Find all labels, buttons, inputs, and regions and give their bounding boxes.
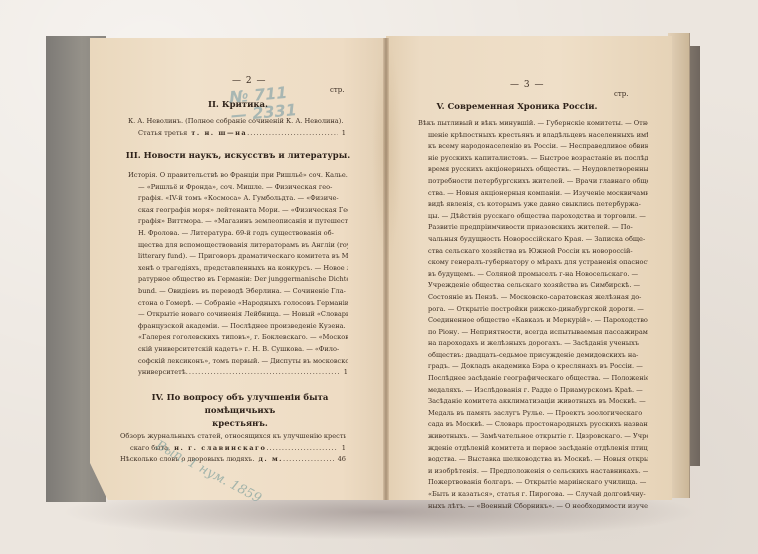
toc-line: потребности петербургскихъ жителей. — Вр…	[418, 176, 648, 188]
toc-line: скому генералъ-губернатору о мѣрахъ для …	[418, 257, 648, 269]
toc-line: К. А. Неволинъ. (Полное собраніе сочинен…	[128, 116, 346, 128]
toc-line: Исторія. О правительствѣ во Франціи при …	[128, 170, 348, 182]
toc-line: и изобрѣтенія. — Предположенія о сельски…	[418, 466, 648, 478]
toc-line: чальныя будущность Новороссійскаго Края.…	[418, 234, 648, 246]
toc-line: — «Ришльё и Фронда», соч. Мишле. — Физич…	[128, 182, 348, 194]
toc-line: градъ. — Докладъ академика Бэра о кресля…	[418, 361, 648, 373]
toc-line: litterary fund). — Приговоръ драматическ…	[128, 251, 348, 263]
toc-line: въ будущемъ. — Соляной промыселъ г-на Но…	[418, 269, 648, 281]
toc-entry[interactable]: Нѣсколько словъ о дворовыхъ людяхъ. д. м…	[120, 454, 346, 466]
toc-line: хенѣ о трагедіяхъ, представленныхъ на ко…	[128, 263, 348, 275]
toc-line: на пароходахъ и желѣзныхъ дорогахъ. — За…	[418, 338, 648, 350]
toc-line: французской академіи. — Послѣднее произв…	[128, 321, 348, 333]
entry-page: 46	[334, 454, 346, 466]
toc-line: bund. — Овидіевъ въ переводѣ Эберлина. —…	[128, 286, 348, 298]
toc-line: Обзоръ журнальныхъ статей, относящихся к…	[120, 431, 346, 443]
toc-line: по Ріону. — Неприятности, всегда испытыв…	[418, 327, 648, 339]
toc-line: Развитіе предпріимчивости приазовскихъ ж…	[418, 222, 648, 234]
toc-line: Н. Фролова. — Литература. 69-й годъ суще…	[128, 228, 348, 240]
entry-author: т. н. ш—на	[187, 128, 247, 140]
toc-line: ская географія моря» лейтенанта Мори. — …	[128, 205, 348, 217]
entry-page: 1	[340, 367, 348, 379]
entry-title: университетѣ	[138, 367, 186, 379]
toc-line: — Открытіе новаго сочиненія Лейбница. — …	[128, 309, 348, 321]
toc-line: графія. «IV-й томъ «Космоса» А. Гумбольд…	[128, 193, 348, 205]
toc-line: стона о Гомерѣ. — Собраніе «Народныхъ го…	[128, 298, 348, 310]
toc-entry[interactable]: университетѣ 1	[128, 367, 348, 379]
book-gutter	[383, 38, 389, 500]
entry-author: д. м.	[254, 454, 283, 466]
toc-line: Учрежденіе общества сельскаго хозяйства …	[418, 280, 648, 292]
toc-line: Засѣданіе комитета акклиматизаціи животн…	[418, 396, 648, 408]
toc-line: ства. — Новыя акціонерныя компаніи. — Из…	[418, 188, 648, 200]
leader-dots	[186, 367, 340, 379]
toc-line: къ всему народонаселенію въ Россіи. — Не…	[418, 141, 648, 153]
toc-line: софскій лексиконъ», томъ первый. — Диспу…	[128, 356, 348, 368]
toc-line: скій университетскій кадетъ» г. Н. В. Су…	[128, 344, 348, 356]
toc-line: Состояніе въ Пензѣ. — Московско-саратовс…	[418, 292, 648, 304]
page-number: — 2 —	[232, 76, 266, 86]
entry-page: 1	[338, 443, 346, 455]
section-heading-news: III. Новости наукъ, искусствъ и литерату…	[112, 151, 364, 161]
toc-line: видѣ явленія, съ которымъ уже давно свык…	[418, 199, 648, 211]
toc-line: щества для вспомоществованія литераторам…	[128, 240, 348, 252]
toc-line: Соединенное общество «Кавказъ и Меркурій…	[418, 315, 648, 327]
toc-line: «Быть и казаться», статья г. Пирогова. —…	[418, 489, 648, 501]
toc-line: водства. — Выставка шелководства въ Моск…	[418, 454, 648, 466]
toc-line: сада въ Москвѣ. — Словарь простонародных…	[418, 419, 648, 431]
heading-line: крестьянъ.	[130, 418, 350, 431]
toc-line: Медаль въ память заслугъ Рулье. — Проект…	[418, 408, 648, 420]
section-heading-critique: II. Критика.	[90, 100, 386, 110]
toc-line: ніе русскихъ капиталистовъ. — Быстрое во…	[418, 153, 648, 165]
toc-line: рога. — Открытіе постройки рижско-динабу…	[418, 304, 648, 316]
toc-line: животныхъ. — Замѣчательное открытіе г. Ц…	[418, 431, 648, 443]
right-page: — 3 — стр. V. Современная Хроника Россіи…	[386, 36, 672, 500]
toc-line: шеніе крѣпостныхъ крестьянъ и владѣльцев…	[418, 130, 648, 142]
toc-line: Послѣднее засѣданіе географическаго обще…	[418, 373, 648, 385]
toc-line: «Галерея гоголевскихъ типовъ», г. Боклев…	[128, 332, 348, 344]
leader-dots	[247, 128, 338, 140]
section-heading-peasants: IV. По вопросу объ улучшеніи быта помѣщи…	[130, 392, 350, 431]
toc-section-news: Исторія. О правительствѣ во Франціи при …	[128, 170, 348, 379]
toc-line: Пожертвованія болгаръ. — Открытіе мариін…	[418, 477, 648, 489]
leader-dots	[266, 443, 337, 455]
entry-title: Статья третья	[138, 128, 187, 140]
left-page: № 711 — 2331 — 2 — стр. II. Критика. К. …	[90, 38, 386, 500]
toc-line: Вѣкъ пытливый и вѣкъ минувшій. — Губернс…	[418, 118, 648, 130]
toc-line: ства сельскаго хозяйства въ Южной Россіи…	[418, 246, 648, 258]
toc-section-chronicle: Вѣкъ пытливый и вѣкъ минувшій. — Губернс…	[418, 118, 648, 512]
heading-line: IV. По вопросу объ улучшеніи быта помѣщи…	[130, 392, 350, 418]
page-number: — 3 —	[510, 80, 544, 90]
column-label: стр.	[330, 86, 345, 94]
toc-line: ратурное общество въ Германіи: Der jungg…	[128, 274, 348, 286]
toc-line: обществъ: двадцать-седьмое присужденіе д…	[418, 350, 648, 362]
toc-line: медаляхъ. — Изслѣдованія г. Радде о Приа…	[418, 385, 648, 397]
entry-page: 1	[338, 128, 346, 140]
leader-dots	[283, 454, 334, 466]
toc-section-critique: К. А. Неволинъ. (Полное собраніе сочинен…	[128, 116, 346, 139]
toc-line: жденіе отдѣленій комитета и первое засѣд…	[418, 443, 648, 455]
toc-entry[interactable]: Статья третья т. н. ш—на 1	[128, 128, 346, 140]
section-heading-chronicle: V. Современная Хроника Россіи.	[386, 102, 648, 112]
toc-line: ныхъ лѣтъ. — «Военный Сборникъ». — О нео…	[418, 501, 648, 513]
toc-line: цы. — Дѣйствія русскаго общества пароход…	[418, 211, 648, 223]
toc-line: время русскихъ акціонерныхъ обществъ. — …	[418, 164, 648, 176]
toc-line: графія» Виттмора. — «Магазинъ землеописа…	[128, 216, 348, 228]
column-label: стр.	[614, 90, 629, 98]
